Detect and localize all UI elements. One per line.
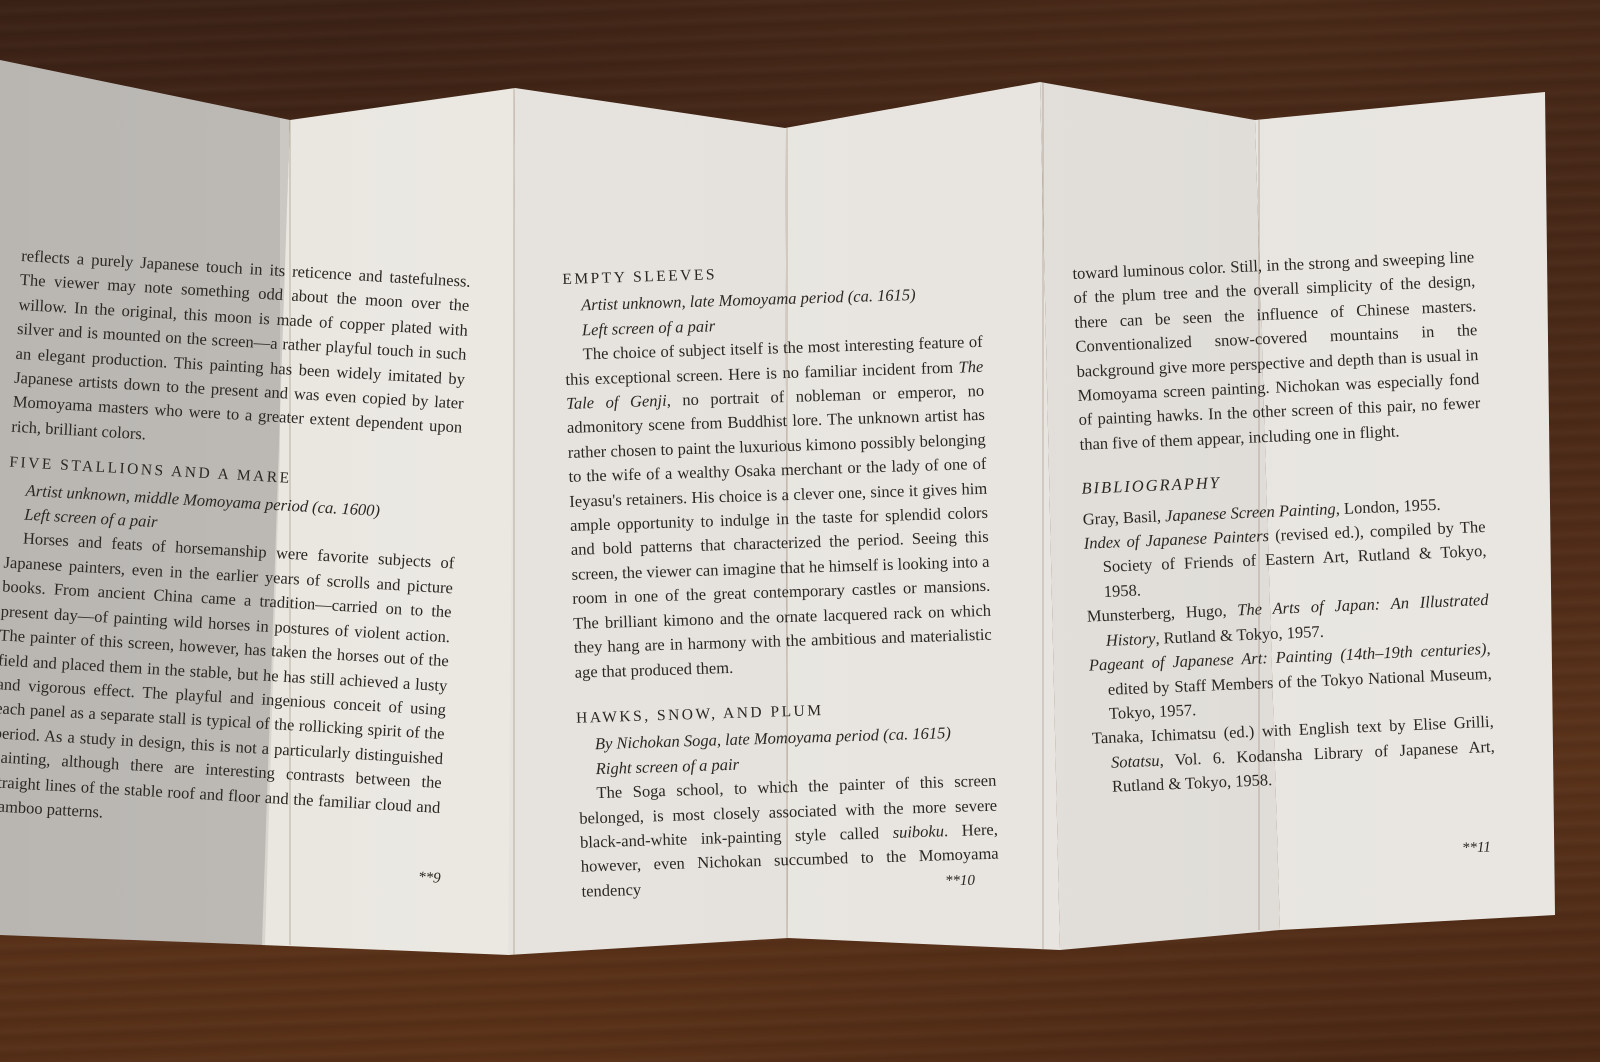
- body-text: The choice of subject itself is the most…: [565, 332, 983, 389]
- page-11-column: toward luminous color. Still, in the str…: [1072, 245, 1496, 800]
- entry-title: Sotatsu: [1111, 750, 1160, 771]
- section-body: The Soga school, to which the painter of…: [578, 769, 1000, 904]
- entry-text: , London, 1955.: [1335, 494, 1441, 517]
- italic-term: suiboku: [892, 821, 944, 842]
- entry-text: Gray, Basil,: [1082, 506, 1165, 528]
- fold-line: [1042, 82, 1044, 950]
- continuation-paragraph: toward luminous color. Still, in the str…: [1072, 245, 1482, 457]
- page-9-column: reflects a purely Japanese touch in its …: [0, 244, 471, 844]
- section-body: Horses and feats of horsemanship were fa…: [0, 526, 455, 844]
- page-9-intro-paragraph: reflects a purely Japanese touch in its …: [11, 244, 471, 465]
- entry-title: Japanese Screen Painting: [1165, 499, 1336, 525]
- page-10-column: EMPTY SLEEVES Artist unknown, late Momoy…: [562, 255, 1000, 904]
- section-body: The choice of subject itself is the most…: [564, 330, 993, 685]
- fold-line: [513, 88, 515, 955]
- page-number-9: **9: [417, 869, 441, 888]
- entry-text: , Rutland & Tokyo, 1957.: [1155, 621, 1324, 647]
- page-number-10: **10: [945, 873, 975, 891]
- entry-text: Munsterberg, Hugo,: [1086, 601, 1237, 626]
- page-number-11: **11: [1462, 840, 1491, 858]
- body-text: , no portrait of nobleman or emperor, no…: [567, 381, 992, 681]
- entry-title: Index of Japanese Painters: [1083, 526, 1269, 553]
